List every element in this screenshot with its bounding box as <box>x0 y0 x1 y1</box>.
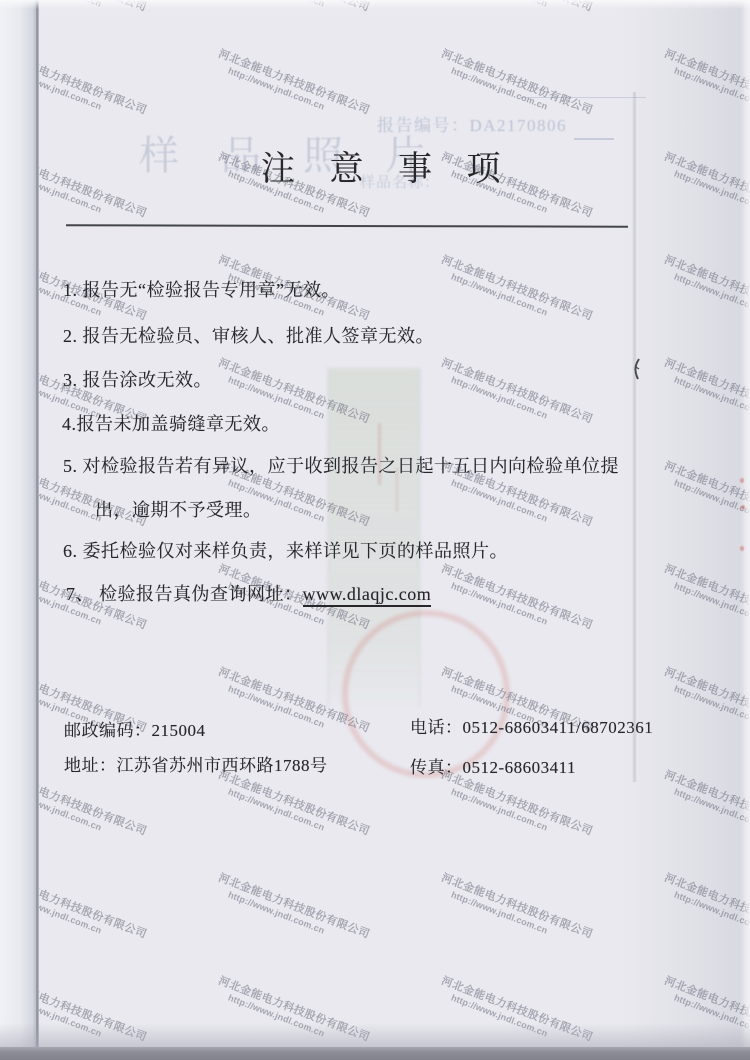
notice-item-1: 1. 报告无“检验报告专用章”无效。 <box>63 276 340 302</box>
notice-item-2: 2. 报告无检验员、审核人、批准人签章无效。 <box>63 322 434 348</box>
bottom-page-curl-shadow <box>0 1023 750 1047</box>
right-edge-shading <box>620 0 750 1060</box>
notice-item-3: 3. 报告涂改无效。 <box>63 366 212 392</box>
notice-item-7-text: 7、 检验报告真伪查询网址： <box>66 584 303 604</box>
right-edge-strip <box>744 0 750 1060</box>
small-pen-mark <box>632 357 642 386</box>
notice-item-5-continued: 出，逾期不予受理。 <box>95 496 262 522</box>
notice-item-4: 4.报告未加盖骑缝章无效。 <box>62 410 280 436</box>
red-speck <box>740 478 744 483</box>
page-binding-edge-line <box>36 0 39 1060</box>
red-speck <box>740 546 744 551</box>
phone-number: 电话：0512-68603411/68702361 <box>410 713 653 738</box>
postal-code: 邮政编码：215004 <box>64 716 206 741</box>
address: 地址：江苏省苏州市西环路1788号 <box>64 751 328 776</box>
verification-url: www.dlaqjc.com <box>303 584 432 607</box>
fax-number: 传真：0512-68603411 <box>410 753 576 778</box>
left-page-margin <box>0 0 37 1060</box>
scanned-document-page: 样 品 照 片 报告编号：DA2170806 样品名称： 河北金能电力科技股份有… <box>0 0 750 1060</box>
title-divider-rule <box>66 224 628 227</box>
notice-item-5: 5. 对检验报告若有异议，应于收到报告之日起十五日内向检验单位提 <box>63 452 619 478</box>
page-title: 注 意 事 项 <box>261 141 514 190</box>
notice-item-7: 7、 检验报告真伪查询网址：www.dlaqjc.com <box>66 580 431 606</box>
top-scan-edge <box>0 0 750 9</box>
notice-item-6: 6. 委托检验仅对来样负责，来样详见下页的样品照片。 <box>63 537 508 563</box>
red-speck <box>741 505 745 510</box>
bottom-scan-edge <box>0 1047 750 1060</box>
